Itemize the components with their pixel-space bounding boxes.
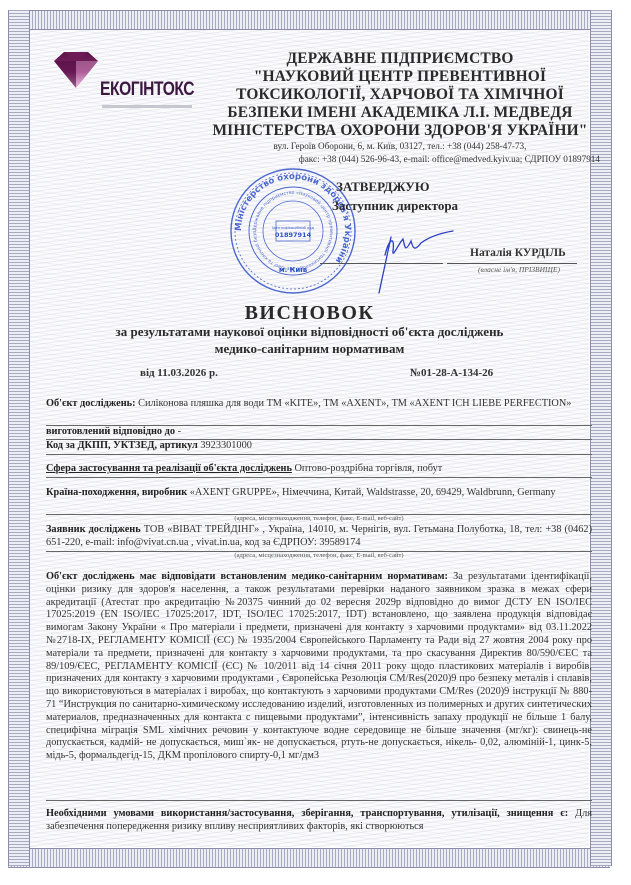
- origin-label: Країна-походження, виробник: [46, 487, 187, 498]
- origin-section: Країна-походження, виробник «AXENT GRUPP…: [46, 487, 592, 500]
- divider: [46, 454, 592, 455]
- org-name-line: БЕЗПЕКИ ІМЕНІ АКАДЕМІКА Л.І. МЕДВЕДЯ: [210, 104, 590, 122]
- border-frame-right: [590, 10, 612, 866]
- subtitle-line-1: за результатами наукової оцінки відповід…: [40, 323, 579, 340]
- subtitle-line-2: медико-санітарним нормативам: [40, 340, 579, 357]
- org-name-line: ДЕРЖАВНЕ ПІДПРИЄМСТВО: [210, 50, 590, 68]
- code-section: Код за ДКПП, УКТЗЕД, артикул 3923301000: [46, 440, 592, 453]
- signature-line: [320, 263, 443, 264]
- organization-header: ДЕРЖАВНЕ ПІДПРИЄМСТВО "НАУКОВИЙ ЦЕНТР ПР…: [210, 50, 590, 166]
- conditions-label: Необхідними умовами використання/застосу…: [46, 808, 568, 819]
- origin-value: «AXENT GRUPPE», Німеччина, Китай, Waldst…: [190, 487, 556, 498]
- approval-heading: ЗАТВЕРДЖУЮ: [336, 177, 458, 196]
- scope-label: Сфера застосування та реалізації об'єкта…: [46, 463, 292, 474]
- logo: ЕКОГІНТОКС: [52, 50, 202, 120]
- stamp-city: м. Київ: [279, 266, 308, 274]
- conformity-label: Об'єкт досліджень має відповідати встано…: [46, 571, 448, 582]
- document-number: №01-28-А-134-26: [410, 367, 493, 379]
- applicant-caption: (адреса, місцезнаходження, телефон, факс…: [46, 552, 592, 559]
- stamp-code: 01897914: [275, 231, 312, 239]
- origin-caption: (адреса, місцезнаходження, телефон, факс…: [46, 515, 592, 522]
- object-section: Об'єкт досліджень: Силіконова пляшка для…: [46, 398, 592, 411]
- name-line: [447, 263, 577, 264]
- document-date: від 11.03.2026 р.: [140, 367, 218, 379]
- svg-text:Міністерство охорони здоров'я: Міністерство охорони здоров'я України: [234, 172, 352, 265]
- approval-block: ЗАТВЕРДЖУЮ Заступник директора: [336, 177, 458, 215]
- border-frame-bottom: [8, 848, 610, 868]
- approval-position: Заступник директора: [332, 196, 458, 215]
- applicant-section: Заявник досліджень ТОВ «ВІВАТ ТРЕЙДІНГ» …: [46, 524, 592, 550]
- object-label: Об'єкт досліджень:: [46, 398, 136, 409]
- org-name-line: МІНІСТЕРСТВА ОХОРОНИ ЗДОРОВ'Я УКРАЇНИ": [210, 122, 590, 140]
- border-frame-top: [8, 10, 610, 30]
- signature: [365, 225, 455, 295]
- stamp-ring-text: Міністерство охорони здоров'я України: [234, 172, 352, 265]
- conformity-text: За результатами ідентифікації, оцінки ри…: [46, 571, 592, 761]
- org-name-line: ТОКСИКОЛОГІЇ, ХАРЧОВОЇ ТА ХІМІЧНОЇ: [210, 86, 590, 104]
- signer-caption: (власне ім'я, ПРІЗВИЩЕ): [478, 265, 560, 274]
- brand-name: ЕКОГІНТОКС: [100, 79, 194, 101]
- object-value: Силіконова пляшка для води ТМ «KITE», ТМ…: [138, 398, 571, 409]
- divider: [46, 477, 592, 478]
- org-name-line: "НАУКОВИЙ ЦЕНТР ПРЕВЕНТИВНОЇ: [210, 68, 590, 86]
- org-address: вул. Героїв Оборони, 6, м. Київ, 03127, …: [210, 140, 590, 153]
- code-label: Код за ДКПП, УКТЗЕД: [46, 440, 154, 451]
- made-according-section: виготовлений відповідно до -: [46, 426, 592, 439]
- gem-icon: [52, 50, 100, 90]
- made-label: виготовлений відповідно до: [46, 426, 175, 437]
- code-value: 3923301000: [200, 440, 251, 451]
- document-title: ВИСНОВОК: [30, 302, 589, 325]
- signer-name: Наталія КУРДІЛЬ: [470, 247, 566, 259]
- made-value: -: [178, 426, 181, 437]
- brand-tagline: [102, 105, 192, 108]
- scope-value: Оптово-роздрібна торгівля, побут: [294, 463, 442, 474]
- applicant-label: Заявник досліджень: [46, 524, 141, 535]
- conformity-section: Об'єкт досліджень має відповідати встано…: [46, 571, 592, 763]
- code-sep: , артикул: [154, 440, 197, 451]
- document-subtitle: за результатами наукової оцінки відповід…: [40, 323, 579, 357]
- scope-section: Сфера застосування та реалізації об'єкта…: [46, 463, 592, 476]
- stamp-center-label: Ідентифікаційний код: [272, 226, 314, 230]
- conditions-section: Необхідними умовами використання/застосу…: [46, 808, 592, 834]
- border-frame-left: [8, 10, 30, 866]
- divider: [46, 800, 592, 801]
